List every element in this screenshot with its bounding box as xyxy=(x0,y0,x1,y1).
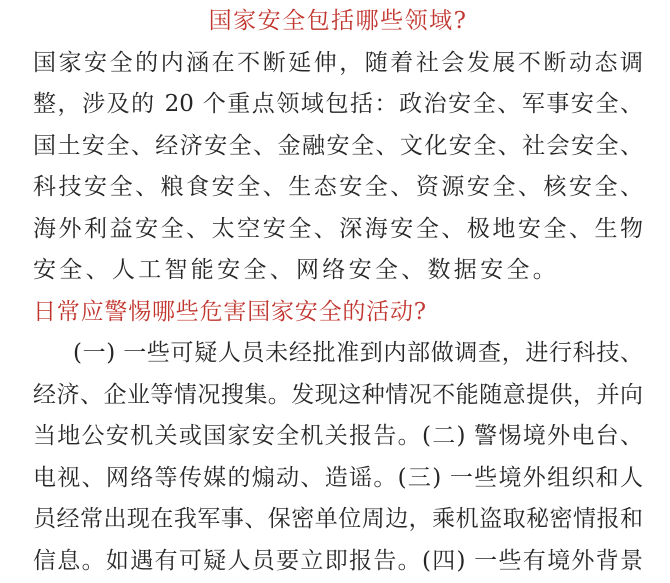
activity-line: 员经常出现在我军事、保密单位周边，乘机盗取秘密情报和 xyxy=(33,499,643,541)
activity-line: 信息。如遇有可疑人员要立即报告。(四) 一些有境外背景 xyxy=(33,541,643,583)
activity-line: 经济、企业等情况搜集。发现这种情况不能随意提供，并向 xyxy=(33,375,643,417)
intro-line: 国家安全的内涵在不断延伸，随着社会发展不断动态调 xyxy=(33,43,643,85)
intro-line: 海外利益安全、太空安全、深海安全、极地安全、生物 xyxy=(33,209,643,251)
intro-line: 国土安全、经济安全、金融安全、文化安全、社会安全、 xyxy=(33,126,643,168)
activity-line: 当地公安机关或国家安全机关报告。(二) 警惕境外电台、 xyxy=(33,416,643,458)
intro-line: 科技安全、粮食安全、生态安全、资源安全、核安全、 xyxy=(33,167,643,209)
activity-line: 电视、网络等传媒的煽动、造谣。(三) 一些境外组织和人 xyxy=(33,458,643,500)
document-title: 国家安全包括哪些领域? xyxy=(33,1,643,43)
warning-heading: 日常应警惕哪些危害国家安全的活动? xyxy=(33,292,643,334)
intro-line: 整，涉及的 20 个重点领域包括：政治安全、军事安全、 xyxy=(33,84,643,126)
document-page: 国家安全包括哪些领域? 国家安全的内涵在不断延伸，随着社会发展不断动态调 整，涉… xyxy=(0,0,670,583)
activity-line: (一) 一些可疑人员未经批准到内部做调查，进行科技、 xyxy=(33,333,643,375)
intro-line: 安全、人工智能安全、网络安全、数据安全。 xyxy=(33,250,643,292)
